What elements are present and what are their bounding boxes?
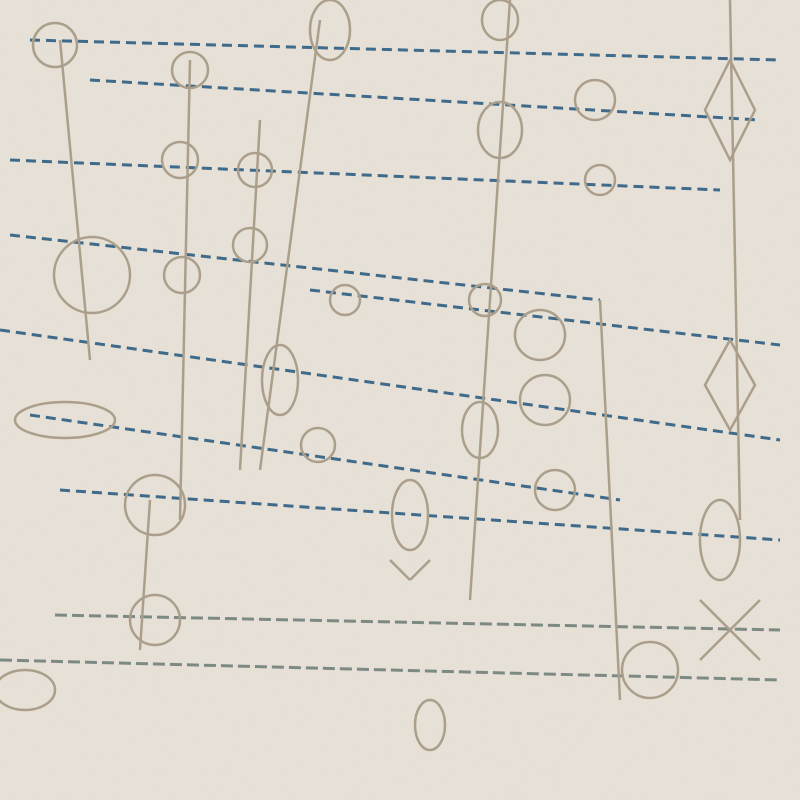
rug-pattern [0,0,800,800]
rug-texture-photo [0,0,800,800]
